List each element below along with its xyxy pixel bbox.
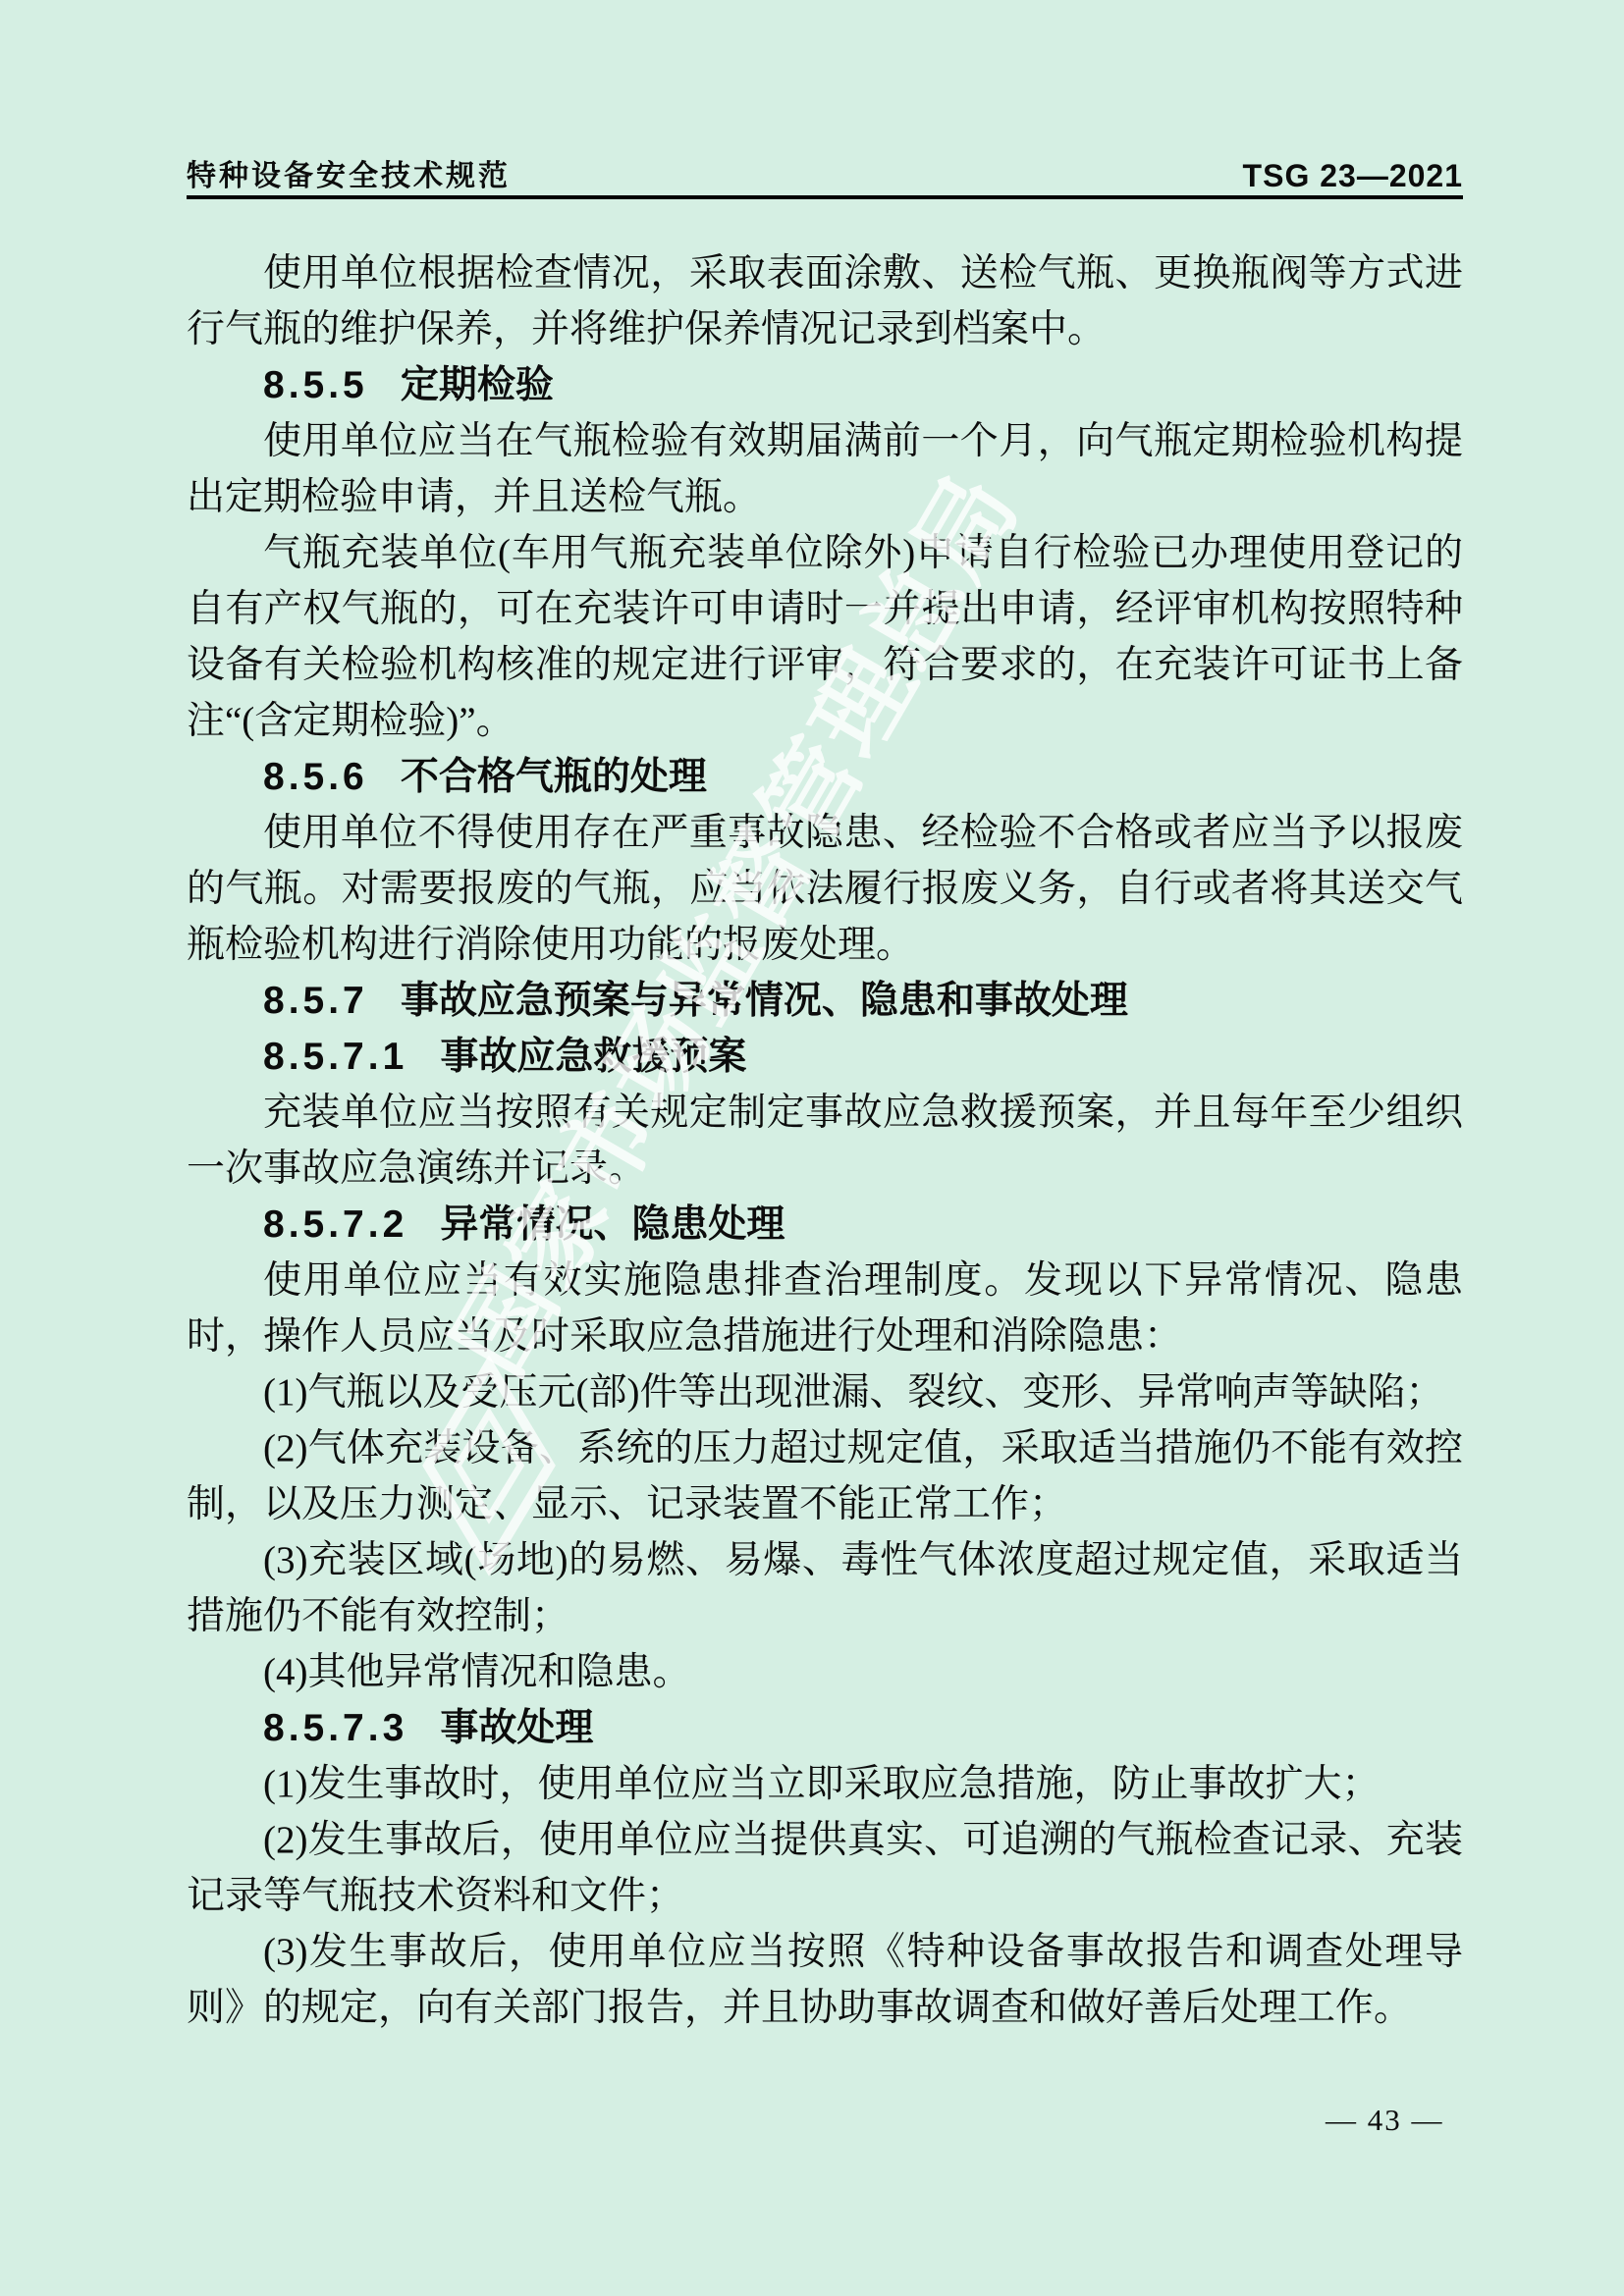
paragraph: 使用单位不得使用存在严重事故隐患、经检验不合格或者应当予以报废的气瓶。对需要报废… — [187, 805, 1463, 973]
paragraph: 使用单位应当在气瓶检验有效期届满前一个月，向气瓶定期检验机构提出定期检验申请，并… — [187, 413, 1463, 525]
paragraph: (3)发生事故后，使用单位应当按照《特种设备事故报告和调查处理导则》的规定，向有… — [187, 1924, 1463, 2036]
paragraph: (2)发生事故后，使用单位应当提供真实、可追溯的气瓶检查记录、充装记录等气瓶技术… — [187, 1812, 1463, 1924]
heading-title: 事故应急救援预案 — [440, 1036, 746, 1078]
document-page: 特种设备安全技术规范 TSG 23—2021 使用单位根据检查情况，采取表面涂敷… — [0, 0, 1624, 2296]
page-number: — 43 — — [1326, 2103, 1444, 2138]
page-body: 使用单位根据检查情况，采取表面涂敷、送检气瓶、更换瓶阀等方式进行气瓶的维护保养，… — [187, 245, 1463, 2036]
heading-title: 不合格气瓶的处理 — [401, 756, 707, 798]
heading-title: 事故处理 — [440, 1707, 593, 1749]
heading-number: 8.5.7.1 — [263, 1036, 407, 1078]
section-heading: 8.5.6不合格气瓶的处理 — [187, 749, 1463, 805]
heading-title: 异常情况、隐患处理 — [440, 1203, 785, 1246]
header-title: 特种设备安全技术规范 — [187, 151, 511, 194]
heading-number: 8.5.5 — [263, 364, 368, 406]
body-blocks: 使用单位根据检查情况，采取表面涂敷、送检气瓶、更换瓶阀等方式进行气瓶的维护保养，… — [187, 245, 1463, 2036]
paragraph: 使用单位根据检查情况，采取表面涂敷、送检气瓶、更换瓶阀等方式进行气瓶的维护保养，… — [187, 245, 1463, 357]
section-heading: 8.5.5定期检验 — [187, 357, 1463, 413]
heading-number: 8.5.7.2 — [263, 1203, 407, 1246]
heading-number: 8.5.7 — [263, 980, 368, 1022]
heading-title: 定期检验 — [401, 364, 554, 406]
page-header: 特种设备安全技术规范 TSG 23—2021 — [187, 151, 1463, 194]
paragraph: (1)气瓶以及受压元(部)件等出现泄漏、裂纹、变形、异常响声等缺陷； — [187, 1364, 1463, 1420]
heading-number: 8.5.7.3 — [263, 1707, 407, 1749]
paragraph: 气瓶充装单位(车用气瓶充装单位除外)申请自行检验已办理使用登记的自有产权气瓶的，… — [187, 525, 1463, 749]
doc-number: TSG 23—2021 — [1243, 158, 1463, 194]
heading-title: 事故应急预案与异常情况、隐患和事故处理 — [401, 980, 1128, 1022]
paragraph: (2)气体充装设备、系统的压力超过规定值，采取适当措施仍不能有效控制，以及压力测… — [187, 1420, 1463, 1532]
paragraph: (1)发生事故时，使用单位应当立即采取应急措施，防止事故扩大； — [187, 1756, 1463, 1812]
section-heading: 8.5.7.3事故处理 — [187, 1700, 1463, 1756]
heading-number: 8.5.6 — [263, 756, 368, 798]
paragraph: 使用单位应当有效实施隐患排查治理制度。发现以下异常情况、隐患时，操作人员应当及时… — [187, 1253, 1463, 1364]
section-heading: 8.5.7事故应急预案与异常情况、隐患和事故处理 — [187, 973, 1463, 1029]
header-divider — [187, 195, 1463, 199]
section-heading: 8.5.7.2异常情况、隐患处理 — [187, 1197, 1463, 1253]
paragraph: 充装单位应当按照有关规定制定事故应急救援预案，并且每年至少组织一次事故应急演练并… — [187, 1085, 1463, 1197]
paragraph: (4)其他异常情况和隐患。 — [187, 1644, 1463, 1700]
section-heading: 8.5.7.1事故应急救援预案 — [187, 1029, 1463, 1085]
paragraph: (3)充装区域(场地)的易燃、易爆、毒性气体浓度超过规定值，采取适当措施仍不能有… — [187, 1532, 1463, 1644]
